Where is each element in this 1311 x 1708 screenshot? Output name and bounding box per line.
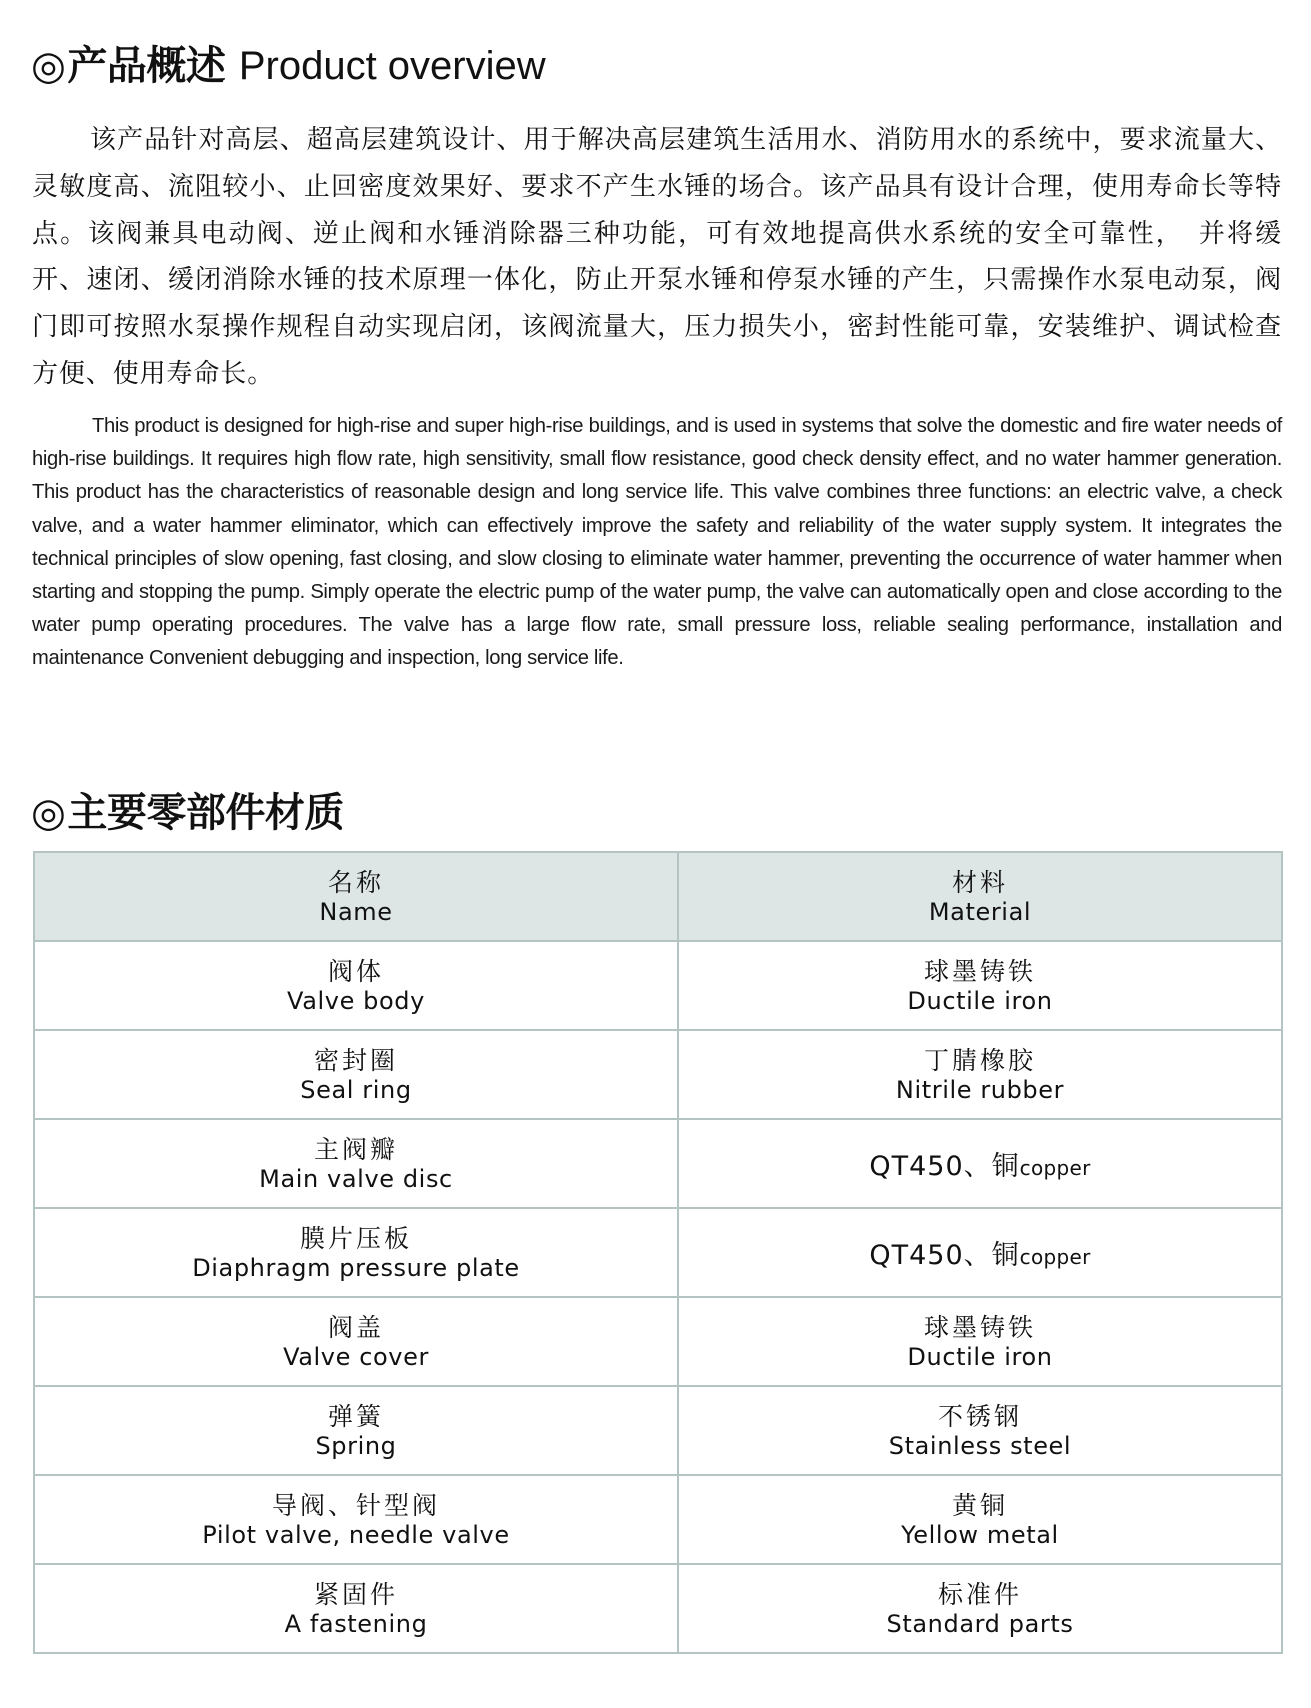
header-material-en: Material (679, 898, 1281, 926)
header-name-cn: 名称 (35, 868, 677, 898)
part-name-cn: 主阀瓣 (35, 1135, 677, 1165)
material-en: Yellow metal (679, 1521, 1281, 1549)
material-en: Ductile iron (679, 987, 1281, 1015)
product-overview-title: ◎产品概述 Product overview (31, 42, 546, 90)
material-cell: QT450、铜copper (678, 1208, 1282, 1297)
material-cn: QT450、铜 (869, 1240, 1019, 1271)
header-material-cn: 材料 (679, 868, 1281, 898)
part-name-cn: 弹簧 (35, 1402, 677, 1432)
table-row: 阀盖Valve cover 球墨铸铁Ductile iron (34, 1297, 1282, 1386)
material-cell: QT450、铜copper (678, 1119, 1282, 1208)
double-circle-icon: ◎ (31, 790, 65, 836)
part-name-cell: 密封圈Seal ring (34, 1030, 678, 1119)
double-circle-icon: ◎ (31, 43, 65, 89)
material-en: Standard parts (679, 1610, 1281, 1638)
material-cn: 黄铜 (679, 1491, 1281, 1521)
part-name-cell: 膜片压板Diaphragm pressure plate (34, 1208, 678, 1297)
material-cn: 丁腈橡胶 (679, 1046, 1281, 1076)
part-name-cn: 紧固件 (35, 1580, 677, 1610)
title-cn: 主要零部件材质 (67, 790, 344, 836)
material-en: copper (1020, 1245, 1091, 1269)
table-row: 弹簧Spring 不锈钢Stainless steel (34, 1386, 1282, 1475)
header-name: 名称 Name (34, 852, 678, 941)
title-cn: 产品概述 (67, 43, 225, 89)
part-name-cell: 紧固件A fastening (34, 1564, 678, 1653)
material-en: Ductile iron (679, 1343, 1281, 1371)
material-cell: 标准件Standard parts (678, 1564, 1282, 1653)
title-en: Product overview (239, 44, 546, 88)
material-cn: 球墨铸铁 (679, 957, 1281, 987)
part-name-cell: 阀体Valve body (34, 941, 678, 1030)
material-cell: 球墨铸铁Ductile iron (678, 941, 1282, 1030)
part-name-en: Main valve disc (35, 1165, 677, 1193)
part-name-en: Pilot valve, needle valve (35, 1521, 677, 1549)
table-row: 密封圈Seal ring 丁腈橡胶Nitrile rubber (34, 1030, 1282, 1119)
part-name-cell: 弹簧Spring (34, 1386, 678, 1475)
table-header-row: 名称 Name 材料 Material (34, 852, 1282, 941)
part-name-en: Valve cover (35, 1343, 677, 1371)
part-name-cn: 密封圈 (35, 1046, 677, 1076)
part-name-cn: 膜片压板 (35, 1224, 677, 1254)
main-parts-material-title: ◎主要零部件材质 (31, 789, 344, 837)
material-cn: 不锈钢 (679, 1402, 1281, 1432)
part-name-en: Diaphragm pressure plate (35, 1254, 677, 1282)
overview-paragraph-en: This product is designed for high-rise a… (32, 410, 1282, 676)
part-name-cn: 阀体 (35, 957, 677, 987)
material-cn: 球墨铸铁 (679, 1313, 1281, 1343)
table-row: 膜片压板Diaphragm pressure plate QT450、铜copp… (34, 1208, 1282, 1297)
material-cell: 黄铜Yellow metal (678, 1475, 1282, 1564)
table-row: 紧固件A fastening 标准件Standard parts (34, 1564, 1282, 1653)
material-en: Stainless steel (679, 1432, 1281, 1460)
header-name-en: Name (35, 898, 677, 926)
header-material: 材料 Material (678, 852, 1282, 941)
material-en: Nitrile rubber (679, 1076, 1281, 1104)
part-name-en: Valve body (35, 987, 677, 1015)
table-row: 主阀瓣Main valve disc QT450、铜copper (34, 1119, 1282, 1208)
material-cell: 丁腈橡胶Nitrile rubber (678, 1030, 1282, 1119)
part-name-cn: 导阀、针型阀 (35, 1491, 677, 1521)
table-row: 阀体Valve body 球墨铸铁Ductile iron (34, 941, 1282, 1030)
part-name-cell: 导阀、针型阀Pilot valve, needle valve (34, 1475, 678, 1564)
part-name-cell: 主阀瓣Main valve disc (34, 1119, 678, 1208)
material-cn: QT450、铜 (869, 1151, 1019, 1182)
part-name-en: Spring (35, 1432, 677, 1460)
part-name-en: Seal ring (35, 1076, 677, 1104)
materials-table: 名称 Name 材料 Material 阀体Valve body 球墨铸铁Duc… (33, 851, 1283, 1654)
material-cn: 标准件 (679, 1580, 1281, 1610)
material-en: copper (1020, 1156, 1091, 1180)
overview-paragraph-cn: 该产品针对高层、超高层建筑设计、用于解决高层建筑生活用水、消防用水的系统中，要求… (32, 117, 1282, 398)
material-cell: 球墨铸铁Ductile iron (678, 1297, 1282, 1386)
part-name-cell: 阀盖Valve cover (34, 1297, 678, 1386)
material-cell: 不锈钢Stainless steel (678, 1386, 1282, 1475)
part-name-cn: 阀盖 (35, 1313, 677, 1343)
part-name-en: A fastening (35, 1610, 677, 1638)
table-row: 导阀、针型阀Pilot valve, needle valve 黄铜Yellow… (34, 1475, 1282, 1564)
